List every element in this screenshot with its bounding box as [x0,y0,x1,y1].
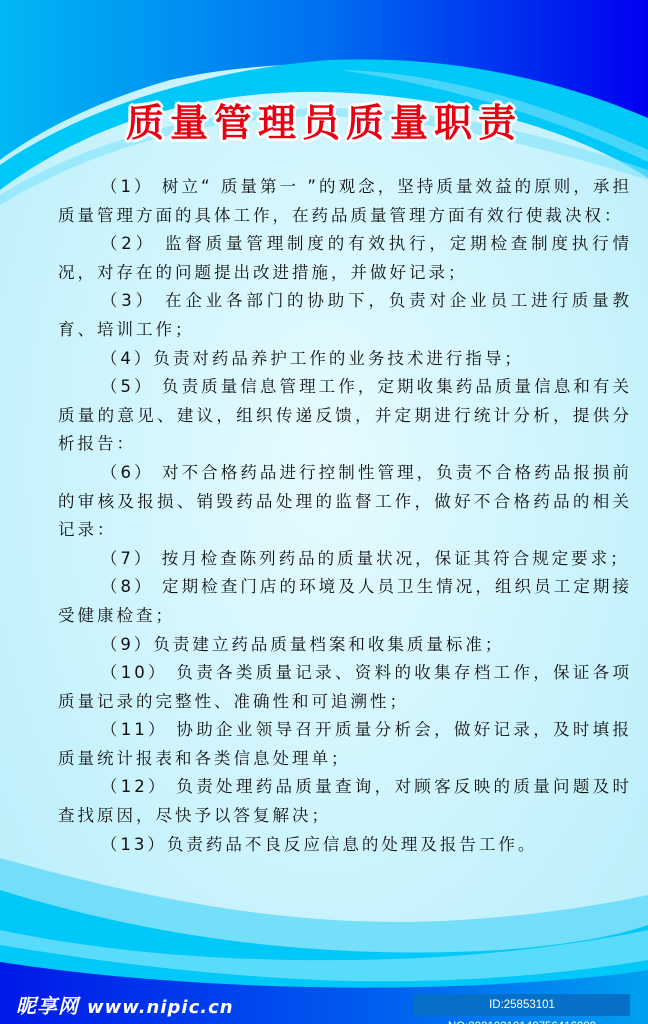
duties-list: （1） 树立“ 质量第一 ”的观念，坚持质量效益的原则，承担质量管理方面的具体工… [58,173,632,859]
duty-item-4: （4）负责对药品养护工作的业务技术进行指导； [58,345,632,374]
duty-item-13: （13）负责药品不良反应信息的处理及报告工作。 [58,831,632,860]
duty-item-6: （6） 对不合格药品进行控制性管理，负责不合格药品报损前的审核及报损、销毁药品处… [58,459,632,545]
duty-item-11: （11） 协助企业领导召开质量分析会，做好记录，及时填报质量统计报表和各类信息处… [58,716,632,773]
image-id-badge: ID:25853101 NO:20210210140756416089 [414,994,630,1016]
duty-item-1: （1） 树立“ 质量第一 ”的观念，坚持质量效益的原则，承担质量管理方面的具体工… [58,173,632,230]
duty-item-2: （2） 监督质量管理制度的有效执行，定期检查制度执行情况，对存在的问题提出改进措… [58,230,632,287]
duty-item-5: （5） 负责质量信息管理工作，定期收集药品质量信息和有关质量的意见、建议，组织传… [58,373,632,459]
duty-item-8: （8） 定期检查门店的环境及人员卫生情况，组织员工定期接受健康检查； [58,573,632,630]
watermark-brand: 昵享网 [16,994,79,1018]
duty-item-7: （7） 按月检查陈列药品的质量状况，保证其符合规定要求； [58,545,632,574]
duty-item-10: （10） 负责各类质量记录、资料的收集存档工作，保证各项质量记录的完整性、准确性… [58,659,632,716]
watermark-logo: 昵享网 www.nipic.cn [16,990,234,1019]
duty-item-12: （12） 负责处理药品质量查询，对顾客反映的质量问题及时查找原因，尽快予以答复解… [58,773,632,830]
duty-item-3: （3） 在企业各部门的协助下，负责对企业员工进行质量教育、培训工作； [58,287,632,344]
page-title: 质量管理员质量职责 [0,92,648,147]
watermark-url: www.nipic.cn [87,997,234,1018]
duty-item-9: （9）负责建立药品质量档案和收集质量标准； [58,631,632,660]
